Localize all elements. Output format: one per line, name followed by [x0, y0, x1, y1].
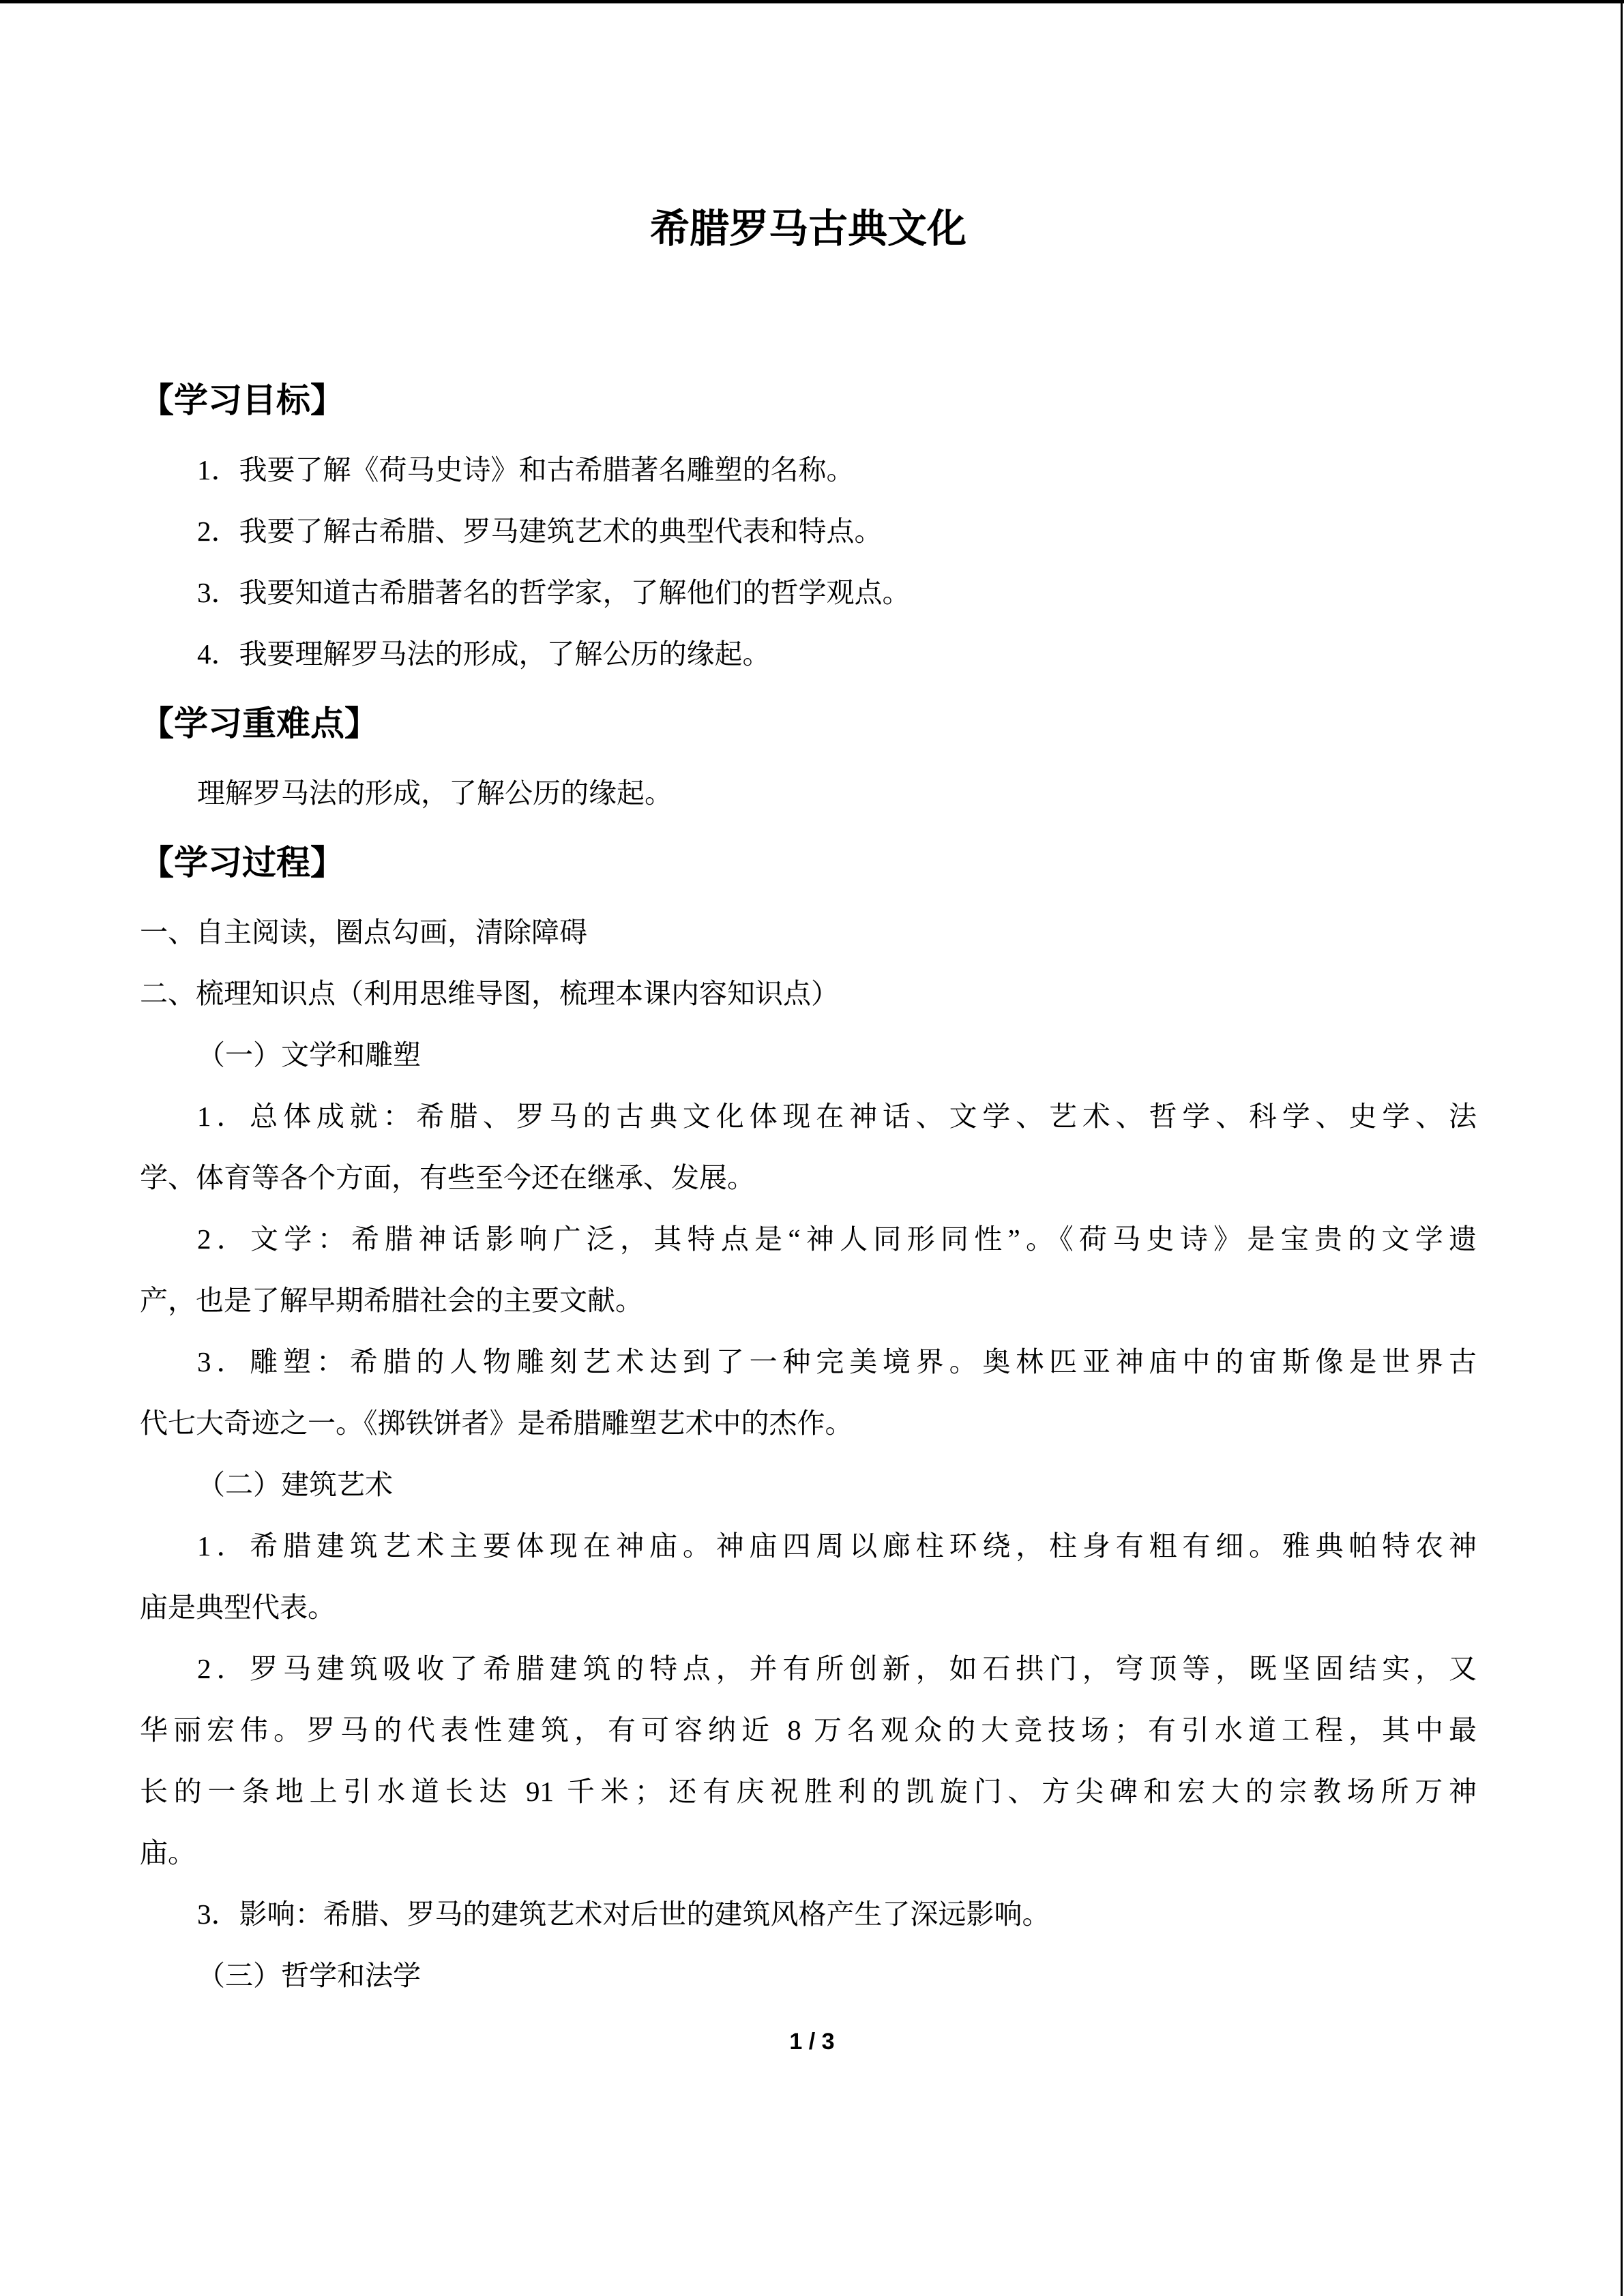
text-line: 庙。	[140, 1822, 1477, 1883]
text-line: 1．希腊建筑艺术主要体现在神庙。神庙四周以廊柱环绕，柱身有粗有细。雅典帕特农神	[140, 1515, 1477, 1577]
document-title: 希腊罗马古典文化	[140, 205, 1477, 254]
text-line: 1．总体成就：希腊、罗马的古典文化体现在神话、文学、艺术、哲学、科学、史学、法	[140, 1086, 1477, 1147]
text-line: 庙是典型代表。	[140, 1577, 1477, 1638]
page-right-border	[1621, 0, 1623, 2296]
text-line: 3．雕塑：希腊的人物雕刻艺术达到了一种完美境界。奥林匹亚神庙中的宙斯像是世界古	[140, 1331, 1477, 1392]
section-heading: 【学习目标】	[140, 370, 1477, 431]
text-line: （一）文学和雕塑	[140, 1024, 1477, 1086]
text-line: 3．影响：希腊、罗马的建筑艺术对后世的建筑风格产生了深远影响。	[140, 1883, 1477, 1945]
document-body: 【学习目标】1．我要了解《荷马史诗》和古希腊著名雕塑的名称。2．我要了解古希腊、…	[140, 370, 1477, 2006]
text-line: 一、自主阅读，圈点勾画，清除障碍	[140, 901, 1477, 963]
text-line: 学、体育等各个方面，有些至今还在继承、发展。	[140, 1147, 1477, 1208]
text-line: 4．我要理解罗马法的形成，了解公历的缘起。	[140, 623, 1477, 685]
text-line: 理解罗马法的形成，了解公历的缘起。	[140, 762, 1477, 824]
document-content: 希腊罗马古典文化 【学习目标】1．我要了解《荷马史诗》和古希腊著名雕塑的名称。2…	[140, 0, 1477, 2006]
text-line: 代七大奇迹之一。《掷铁饼者》是希腊雕塑艺术中的杰作。	[140, 1392, 1477, 1454]
text-line: 1．我要了解《荷马史诗》和古希腊著名雕塑的名称。	[140, 439, 1477, 501]
section-heading: 【学习重难点】	[140, 693, 1477, 754]
text-line: 华丽宏伟。罗马的代表性建筑，有可容纳近 8 万名观众的大竞技场；有引水道工程，其…	[140, 1699, 1477, 1761]
text-line: 3．我要知道古希腊著名的哲学家，了解他们的哲学观点。	[140, 562, 1477, 623]
document-page: 希腊罗马古典文化 【学习目标】1．我要了解《荷马史诗》和古希腊著名雕塑的名称。2…	[0, 0, 1624, 2296]
text-line: 二、梳理知识点（利用思维导图，梳理本课内容知识点）	[140, 963, 1477, 1024]
text-line: 长的一条地上引水道长达 91 千米；还有庆祝胜利的凯旋门、方尖碑和宏大的宗教场所…	[140, 1761, 1477, 1822]
section-heading: 【学习过程】	[140, 832, 1477, 893]
text-line: 2．我要了解古希腊、罗马建筑艺术的典型代表和特点。	[140, 501, 1477, 562]
page-number: 1 / 3	[0, 2029, 1624, 2055]
text-line: 产，也是了解早期希腊社会的主要文献。	[140, 1270, 1477, 1331]
text-line: 2．罗马建筑吸收了希腊建筑的特点，并有所创新，如石拱门，穹顶等，既坚固结实，又	[140, 1638, 1477, 1699]
text-line: （二）建筑艺术	[140, 1454, 1477, 1515]
text-line: （三）哲学和法学	[140, 1945, 1477, 2006]
text-line: 2．文学：希腊神话影响广泛，其特点是“神人同形同性”。《荷马史诗》是宝贵的文学遗	[140, 1208, 1477, 1270]
